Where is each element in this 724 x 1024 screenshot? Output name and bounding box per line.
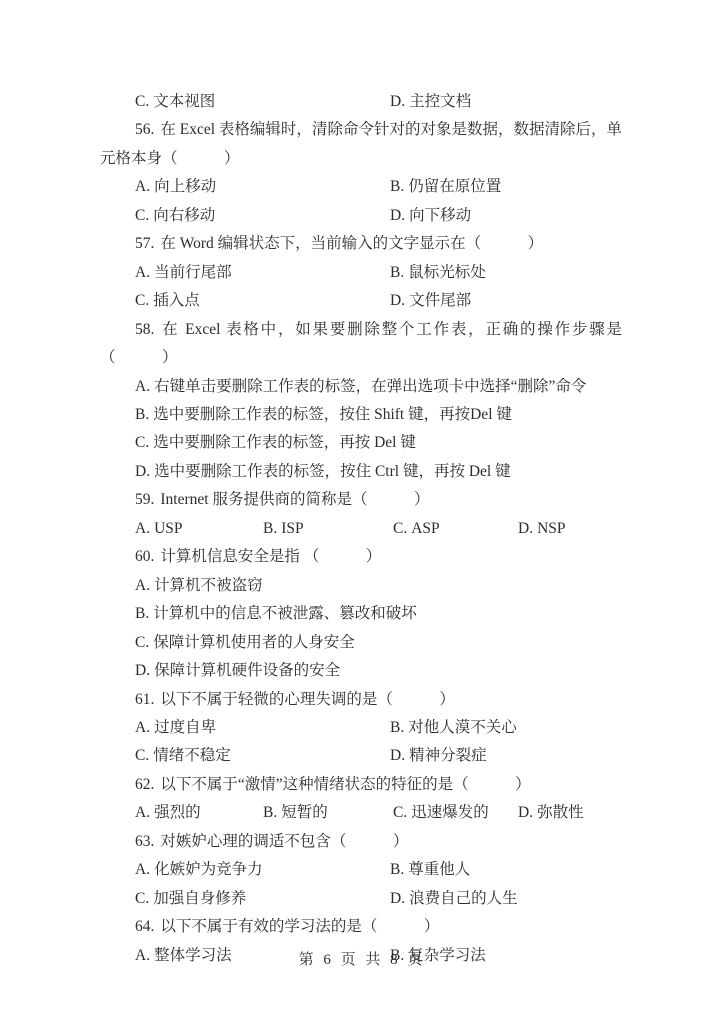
- question-stem: 59.Internet 服务提供商的简称是（ ）: [100, 486, 622, 514]
- option-label: D.: [390, 292, 405, 309]
- question-56: 56.在 Excel 表格编辑时，清除命令针对的对象是数据，数据清除后，单元格本…: [100, 116, 622, 230]
- option-label: D.: [390, 747, 405, 764]
- option-text: 向右移动: [153, 207, 215, 224]
- option-label: B.: [263, 804, 277, 821]
- option-label: C.: [135, 634, 149, 651]
- option-label: D.: [518, 520, 533, 537]
- question-text: 计算机信息安全是指 （ ）: [160, 548, 381, 565]
- question-58: 58.在 Excel 表格中，如果要删除整个工作表，正确的操作步骤是（ ） A.…: [100, 316, 622, 487]
- exam-page-content: C.文本视图 D.主控文档 56.在 Excel 表格编辑时，清除命令针对的对象…: [100, 88, 622, 970]
- option-a: A.过度自卑: [135, 714, 390, 742]
- option-a: A.强烈的: [135, 799, 263, 827]
- question-number: 58.: [135, 321, 154, 338]
- option-label: D.: [390, 93, 405, 110]
- option-label: D.: [390, 890, 405, 907]
- option-c: C.ASP: [393, 515, 518, 543]
- question-63: 63.对嫉妒心理的调适不包含（ ） A.化嫉妒为竞争力 B.尊重他人 C.加强自…: [100, 828, 622, 913]
- option-text: 右键单击要删除工作表的标签，在弹出选项卡中选择“删除”命令: [154, 378, 586, 395]
- question-number: 60.: [135, 548, 154, 565]
- question-number: 59.: [135, 491, 154, 508]
- option-text: 仍留在原位置: [408, 178, 501, 195]
- option-text: ISP: [281, 520, 303, 537]
- question-stem: 57.在 Word 编辑状态下，当前输入的文字显示在（ ）: [100, 230, 622, 258]
- option-text: 强烈的: [154, 804, 201, 821]
- option-label: A.: [135, 378, 150, 395]
- option-text: 加强自身修养: [153, 890, 246, 907]
- question-62: 62.以下不属于“激情”这种情绪状态的特征的是（ ） A.强烈的 B.短暂的 C…: [100, 771, 622, 828]
- option-c: C.加强自身修养: [135, 885, 390, 913]
- question-stem: 62.以下不属于“激情”这种情绪状态的特征的是（ ）: [100, 771, 622, 799]
- option-text: 情绪不稳定: [153, 747, 231, 764]
- option-text: 精神分裂症: [409, 747, 487, 764]
- question-number: 64.: [135, 918, 154, 935]
- option-b: B.选中要删除工作表的标签，按住 Shift 键，再按Del 键: [100, 401, 622, 429]
- option-d: D.文件尾部: [390, 287, 622, 315]
- option-text: 文件尾部: [409, 292, 471, 309]
- question-text: 在 Excel 表格编辑时，清除命令针对的对象是数据，数据清除后，单元格本身（ …: [100, 121, 622, 166]
- question-stem: 60.计算机信息安全是指 （ ）: [100, 543, 622, 571]
- option-a: A.向上移动: [135, 173, 390, 201]
- option-b: B.仍留在原位置: [390, 173, 622, 201]
- option-a: A.当前行尾部: [135, 259, 390, 287]
- question-text: 以下不属于“激情”这种情绪状态的特征的是（ ）: [160, 776, 530, 793]
- option-text: 短暂的: [281, 804, 328, 821]
- option-label: D.: [135, 662, 150, 679]
- option-a: A.右键单击要删除工作表的标签，在弹出选项卡中选择“删除”命令: [100, 373, 622, 401]
- option-c: C.选中要删除工作表的标签，再按 Del 键: [100, 429, 622, 457]
- question-number: 57.: [135, 235, 154, 252]
- option-label: C.: [135, 207, 149, 224]
- question-57: 57.在 Word 编辑状态下，当前输入的文字显示在（ ） A.当前行尾部 B.…: [100, 230, 622, 315]
- question-number: 63.: [135, 833, 154, 850]
- option-label: B.: [135, 605, 149, 622]
- option-b: B.ISP: [263, 515, 393, 543]
- option-text: 计算机中的信息不被泄露、篡改和破坏: [153, 605, 417, 622]
- option-label: B.: [390, 178, 404, 195]
- option-text: 向下移动: [409, 207, 471, 224]
- option-text: 选中要删除工作表的标签，按住 Shift 键，再按Del 键: [153, 406, 512, 423]
- question-text: 在 Word 编辑状态下，当前输入的文字显示在（ ）: [160, 235, 543, 252]
- question-options-row: A.向上移动 B.仍留在原位置: [100, 173, 622, 201]
- option-text: 主控文档: [409, 93, 471, 110]
- option-label: C.: [135, 93, 149, 110]
- option-d: D.精神分裂症: [390, 742, 622, 770]
- option-d: D.保障计算机硬件设备的安全: [100, 657, 622, 685]
- option-d: D.主控文档: [390, 88, 622, 116]
- option-label: C.: [393, 520, 407, 537]
- question-options-row: C.加强自身修养 D.浪费自己的人生: [100, 885, 622, 913]
- option-label: A.: [135, 577, 150, 594]
- option-b: B.短暂的: [263, 799, 393, 827]
- question-options-row: A.过度自卑 B.对他人漠不关心: [100, 714, 622, 742]
- option-d: D.浪费自己的人生: [390, 885, 622, 913]
- option-label: D.: [518, 804, 533, 821]
- option-b: B.尊重他人: [390, 856, 622, 884]
- option-b: B.计算机中的信息不被泄露、篡改和破坏: [100, 600, 622, 628]
- question-number: 56.: [135, 121, 154, 138]
- option-c: C.迅速爆发的: [393, 799, 518, 827]
- question-text: 对嫉妒心理的调适不包含（ ）: [160, 833, 408, 850]
- option-c: C.文本视图: [135, 88, 390, 116]
- option-text: USP: [154, 520, 182, 537]
- question-number: 62.: [135, 776, 154, 793]
- option-label: A.: [135, 264, 150, 281]
- option-text: 保障计算机使用者的人身安全: [153, 634, 355, 651]
- question-number: 61.: [135, 691, 154, 708]
- option-text: 选中要删除工作表的标签，再按 Del 键: [153, 434, 416, 451]
- option-d: D.NSP: [518, 515, 622, 543]
- option-label: B.: [390, 719, 404, 736]
- question-stem: 56.在 Excel 表格编辑时，清除命令针对的对象是数据，数据清除后，单元格本…: [100, 116, 622, 173]
- option-label: C.: [135, 434, 149, 451]
- option-label: B.: [263, 520, 277, 537]
- option-text: NSP: [537, 520, 565, 537]
- option-a: A.计算机不被盗窃: [100, 572, 622, 600]
- option-c: C.向右移动: [135, 202, 390, 230]
- option-a: A.化嫉妒为竞争力: [135, 856, 390, 884]
- option-c: C.插入点: [135, 287, 390, 315]
- option-d: D.弥散性: [518, 799, 622, 827]
- question-options-row: A.化嫉妒为竞争力 B.尊重他人: [100, 856, 622, 884]
- option-b: B.对他人漠不关心: [390, 714, 622, 742]
- option-text: 浪费自己的人生: [409, 890, 518, 907]
- option-label: A.: [135, 520, 150, 537]
- question-60: 60.计算机信息安全是指 （ ） A.计算机不被盗窃 B.计算机中的信息不被泄露…: [100, 543, 622, 685]
- option-label: A.: [135, 861, 150, 878]
- option-c: C.保障计算机使用者的人身安全: [100, 629, 622, 657]
- question-options-row: A.强烈的 B.短暂的 C.迅速爆发的 D.弥散性: [100, 799, 622, 827]
- option-label: B.: [390, 264, 404, 281]
- option-text: 选中要删除工作表的标签，按住 Ctrl 键，再按 Del 键: [154, 463, 511, 480]
- option-label: B.: [390, 861, 404, 878]
- question-59: 59.Internet 服务提供商的简称是（ ） A.USP B.ISP C.A…: [100, 486, 622, 543]
- option-d: D.选中要删除工作表的标签，按住 Ctrl 键，再按 Del 键: [100, 458, 622, 486]
- option-text: 保障计算机硬件设备的安全: [154, 662, 340, 679]
- option-text: 插入点: [153, 292, 200, 309]
- question-text: Internet 服务提供商的简称是（ ）: [160, 491, 429, 508]
- option-text: 化嫉妒为竞争力: [154, 861, 263, 878]
- question-55-options-row: C.文本视图 D.主控文档: [100, 88, 622, 116]
- option-b: B.鼠标光标处: [390, 259, 622, 287]
- question-stem: 64.以下不属于有效的学习法的是（ ）: [100, 913, 622, 941]
- question-text: 在 Excel 表格中，如果要删除整个工作表，正确的操作步骤是（ ）: [100, 321, 622, 366]
- page-footer: 第 6 页 共 8 页: [0, 948, 724, 969]
- option-text: 对他人漠不关心: [408, 719, 517, 736]
- question-options-row: C.向右移动 D.向下移动: [100, 202, 622, 230]
- option-c: C.情绪不稳定: [135, 742, 390, 770]
- option-text: ASP: [411, 520, 439, 537]
- option-label: B.: [135, 406, 149, 423]
- question-stem: 61.以下不属于轻微的心理失调的是（ ）: [100, 686, 622, 714]
- option-text: 向上移动: [154, 178, 216, 195]
- question-text: 以下不属于有效的学习法的是（ ）: [160, 918, 439, 935]
- option-label: D.: [135, 463, 150, 480]
- option-d: D.向下移动: [390, 202, 622, 230]
- option-text: 文本视图: [153, 93, 215, 110]
- question-options-row: C.情绪不稳定 D.精神分裂症: [100, 742, 622, 770]
- option-a: A.USP: [135, 515, 263, 543]
- option-text: 迅速爆发的: [411, 804, 489, 821]
- option-label: A.: [135, 804, 150, 821]
- question-options-row: A.USP B.ISP C.ASP D.NSP: [100, 515, 622, 543]
- option-label: D.: [390, 207, 405, 224]
- option-text: 弥散性: [537, 804, 584, 821]
- question-text: 以下不属于轻微的心理失调的是（ ）: [160, 691, 455, 708]
- option-label: A.: [135, 719, 150, 736]
- question-61: 61.以下不属于轻微的心理失调的是（ ） A.过度自卑 B.对他人漠不关心 C.…: [100, 686, 622, 771]
- option-text: 尊重他人: [408, 861, 470, 878]
- option-label: C.: [393, 804, 407, 821]
- option-text: 过度自卑: [154, 719, 216, 736]
- question-options-row: C.插入点 D.文件尾部: [100, 287, 622, 315]
- option-label: C.: [135, 292, 149, 309]
- question-stem: 63.对嫉妒心理的调适不包含（ ）: [100, 828, 622, 856]
- option-label: A.: [135, 178, 150, 195]
- option-label: C.: [135, 890, 149, 907]
- option-label: C.: [135, 747, 149, 764]
- option-text: 计算机不被盗窃: [154, 577, 263, 594]
- option-text: 当前行尾部: [154, 264, 232, 281]
- option-text: 鼠标光标处: [408, 264, 486, 281]
- question-options-row: A.当前行尾部 B.鼠标光标处: [100, 259, 622, 287]
- question-stem: 58.在 Excel 表格中，如果要删除整个工作表，正确的操作步骤是（ ）: [100, 316, 622, 373]
